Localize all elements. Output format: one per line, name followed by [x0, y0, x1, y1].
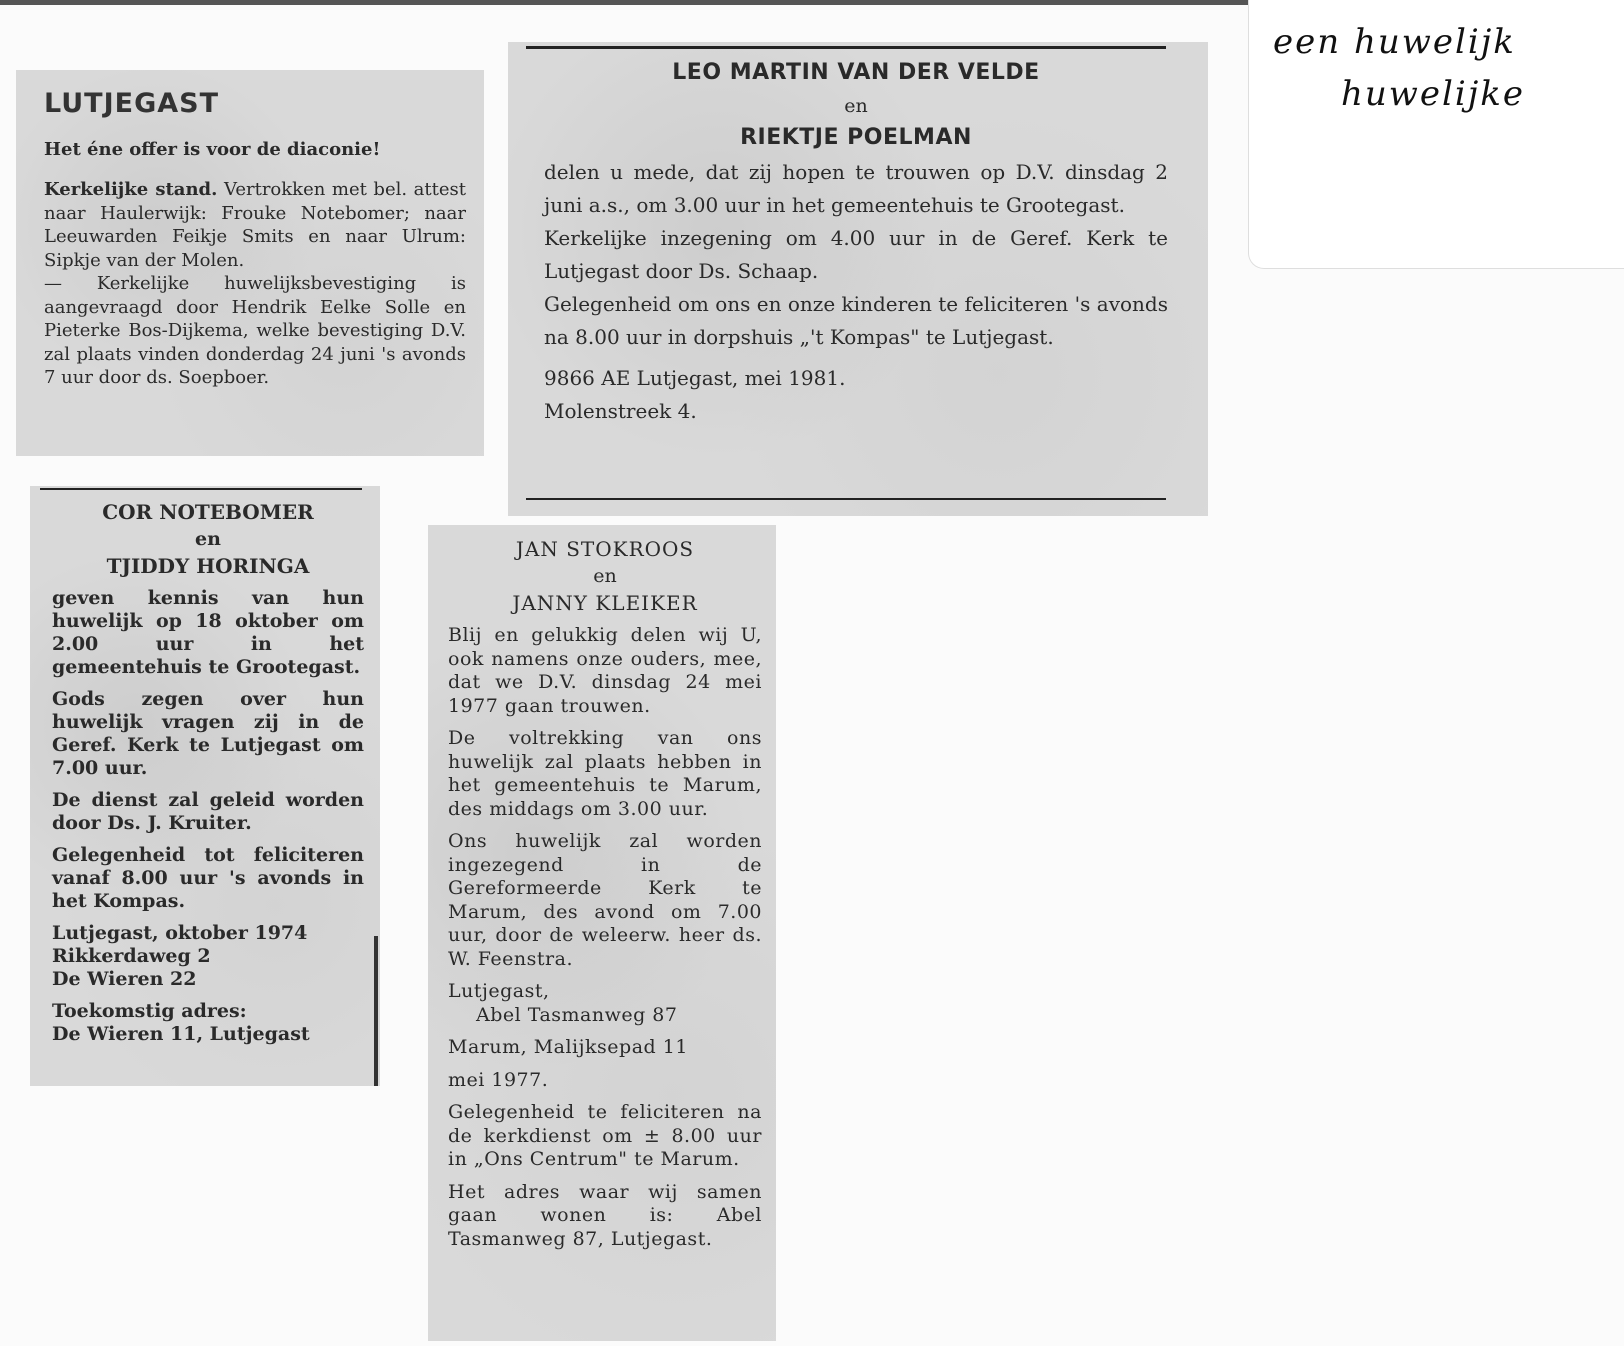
handwritten-line-1: een huwelijk — [1273, 22, 1516, 62]
paragraph-3: Gelegenheid om ons en onze kinderen te f… — [544, 288, 1168, 354]
place-date: 9866 AE Lutjegast, mei 1981. — [544, 362, 1168, 395]
bride-name: JANNY KLEIKER — [448, 591, 762, 615]
groom-name: LEO MARTIN VAN DER VELDE — [544, 60, 1168, 85]
paragraph-3: Ons huwelijk zal worden ingezegend in de… — [448, 830, 762, 971]
paragraph-1: geven kennis van hun huwelijk op 18 okto… — [52, 587, 364, 679]
address-2: De Wieren 22 — [52, 968, 364, 991]
paragraph-2: Gods zegen over hun huwelijk vragen zij … — [52, 688, 364, 780]
clipping-body: Kerkelijke stand. Vertrokken met bel. at… — [44, 178, 466, 272]
clipping-notebomer-horinga: COR NOTEBOMER en TJIDDY HORINGA geven ke… — [30, 486, 380, 1086]
future-address-label: Toekomstig adres: — [52, 1000, 364, 1023]
clipping-body-2: — Kerkelijke huwelijksbevestiging is aan… — [44, 272, 466, 390]
address-1: Rikkerdaweg 2 — [52, 945, 364, 968]
paragraph-3: De dienst zal geleid worden door Ds. J. … — [52, 789, 364, 835]
address: Molenstreek 4. — [544, 395, 1168, 428]
paragraph-5: Het adres waar wij samen gaan wonen is: … — [448, 1181, 762, 1252]
place-2: Marum, Malijksepad 11 — [448, 1036, 762, 1060]
scan-top-edge — [0, 0, 1250, 5]
paragraph-4: Gelegenheid tot feliciteren vanaf 8.00 u… — [52, 844, 364, 913]
top-rule — [40, 488, 362, 490]
bottom-rule — [526, 498, 1166, 500]
paragraph-1: Blij en gelukkig delen wij U, ook namens… — [448, 624, 762, 718]
body-label: Kerkelijke stand. — [44, 179, 217, 200]
date: mei 1977. — [448, 1069, 762, 1093]
conjunction: en — [544, 95, 1168, 117]
place-date: Lutjegast, oktober 1974 — [52, 922, 364, 945]
paragraph-1: delen u mede, dat zij hopen te trouwen o… — [544, 156, 1168, 222]
paragraph-2: De voltrekking van ons huwelijk zal plaa… — [448, 727, 762, 821]
clipping-velde-poelman: LEO MARTIN VAN DER VELDE en RIEKTJE POEL… — [508, 42, 1208, 516]
future-address: De Wieren 11, Lutjegast — [52, 1023, 364, 1046]
paragraph-2: Kerkelijke inzegening om 4.00 uur in de … — [544, 222, 1168, 288]
top-rule — [526, 46, 1166, 49]
groom-name: COR NOTEBOMER — [52, 500, 364, 524]
clipping-lutjegast-notice: LUTJEGAST Het éne offer is voor de diaco… — [16, 70, 484, 456]
clipping-stokroos-kleiker: JAN STOKROOS en JANNY KLEIKER Blij en ge… — [428, 525, 776, 1341]
paragraph-4: Gelegenheid te feliciteren na de kerkdie… — [448, 1101, 762, 1172]
address-1: Abel Tasmanweg 87 — [448, 1004, 762, 1028]
handwritten-note-card: een huwelijk huwelijke — [1248, 0, 1624, 269]
handwritten-line-2: huwelijke — [1341, 74, 1525, 114]
conjunction: en — [52, 528, 364, 550]
clipping-heading: LUTJEGAST — [44, 88, 466, 119]
groom-name: JAN STOKROOS — [448, 537, 762, 561]
bride-name: RIEKTJE POELMAN — [544, 125, 1168, 150]
bride-name: TJIDDY HORINGA — [52, 554, 364, 578]
clipping-shadow-edge — [374, 936, 378, 1086]
conjunction: en — [448, 565, 762, 587]
place-1: Lutjegast, — [448, 980, 762, 1004]
clipping-lead: Het éne offer is voor de diaconie! — [44, 139, 466, 160]
